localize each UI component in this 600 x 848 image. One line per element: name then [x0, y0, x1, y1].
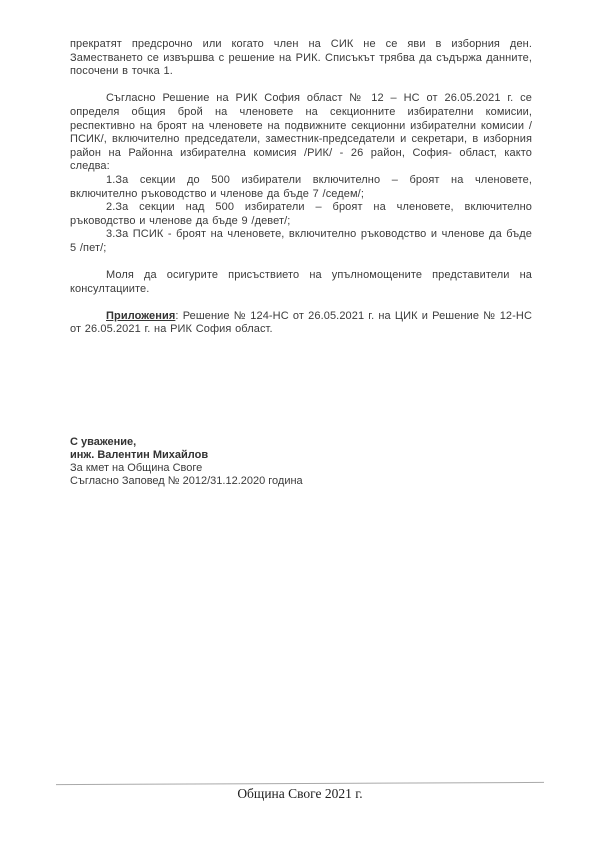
footer-text: Община Своге 2021 г. — [0, 786, 600, 802]
closing-salutation: С уважение, — [70, 436, 303, 449]
document-page: прекратят предсрочно или когато член на … — [0, 0, 600, 848]
signer-order: Съгласно Заповед № 2012/31.12.2020 годин… — [70, 475, 303, 488]
footer-divider — [56, 782, 544, 785]
list-item-2: 2.За секции над 500 избиратели – броят н… — [70, 201, 532, 228]
list-item-3: 3.За ПСИК - броят на членовете, включите… — [70, 228, 532, 255]
signer-name: инж. Валентин Михайлов — [70, 449, 303, 462]
paragraph-attachments: Приложения: Решение № 124-НС от 26.05.20… — [70, 310, 532, 337]
list-item-1: 1.За секции до 500 избиратели включителн… — [70, 174, 532, 201]
attachments-label: Приложения — [106, 310, 175, 322]
paragraph-request: Моля да осигурите присъствието на упълно… — [70, 269, 532, 296]
signature-block: С уважение, инж. Валентин Михайлов За км… — [70, 436, 303, 488]
letter-body: прекратят предсрочно или когато член на … — [70, 38, 532, 337]
paragraph-decision: Съгласно Решение на РИК София област № 1… — [70, 92, 532, 174]
paragraph-continuation: прекратят предсрочно или когато член на … — [70, 38, 532, 79]
signer-title: За кмет на Община Своге — [70, 462, 303, 475]
